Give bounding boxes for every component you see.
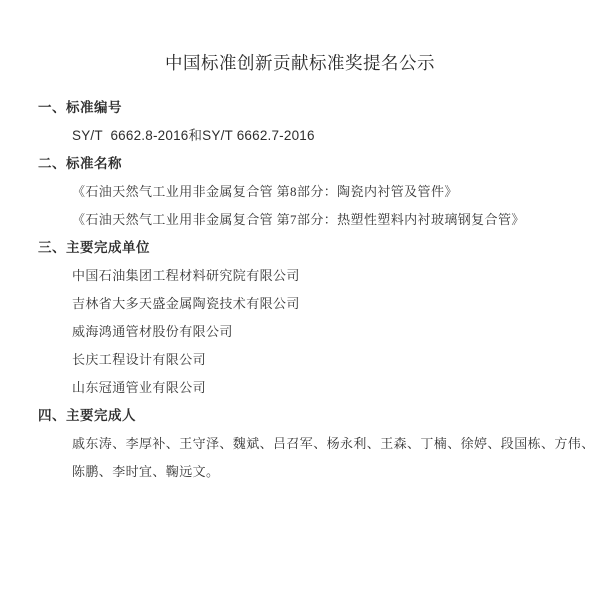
organization-line: 吉林省大多天盛金属陶瓷技术有限公司 [72,296,600,311]
contributors-line: 戚东涛、李厚补、王守泽、魏斌、吕召军、杨永利、王森、丁楠、徐婷、段国栋、方伟、 [72,436,600,451]
standard-number-value: SY/T 6662.8-2016和SY/T 6662.7-2016 [72,128,600,143]
organization-line: 山东冠通管业有限公司 [72,380,600,395]
section-main-contributors: 四、主要完成人 戚东涛、李厚补、王守泽、魏斌、吕召军、杨永利、王森、丁楠、徐婷、… [0,408,600,479]
contributors-line: 陈鹏、李时宜、鞠远文。 [72,464,600,479]
standard-name-line: 《石油天然气工业用非金属复合管 第8部分：陶瓷内衬管及管件》 [72,184,600,199]
document-page: 中国标准创新贡献标准奖提名公示 一、标准编号 SY/T 6662.8-2016和… [0,0,600,606]
section-heading-main-organizations: 三、主要完成单位 [38,240,600,255]
standard-name-line: 《石油天然气工业用非金属复合管 第7部分：热塑性塑料内衬玻璃钢复合管》 [72,212,600,227]
organization-line: 威海鸿通管材股份有限公司 [72,324,600,339]
document-title: 中国标准创新贡献标准奖提名公示 [0,51,600,76]
section-standard-number: 一、标准编号 SY/T 6662.8-2016和SY/T 6662.7-2016 [0,100,600,143]
section-main-organizations: 三、主要完成单位 中国石油集团工程材料研究院有限公司 吉林省大多天盛金属陶瓷技术… [0,240,600,395]
section-standard-name: 二、标准名称 《石油天然气工业用非金属复合管 第8部分：陶瓷内衬管及管件》 《石… [0,156,600,227]
organization-line: 中国石油集团工程材料研究院有限公司 [72,268,600,283]
section-heading-standard-name: 二、标准名称 [38,156,600,171]
section-heading-main-contributors: 四、主要完成人 [38,408,600,423]
organization-line: 长庆工程设计有限公司 [72,352,600,367]
section-heading-standard-number: 一、标准编号 [38,100,600,115]
